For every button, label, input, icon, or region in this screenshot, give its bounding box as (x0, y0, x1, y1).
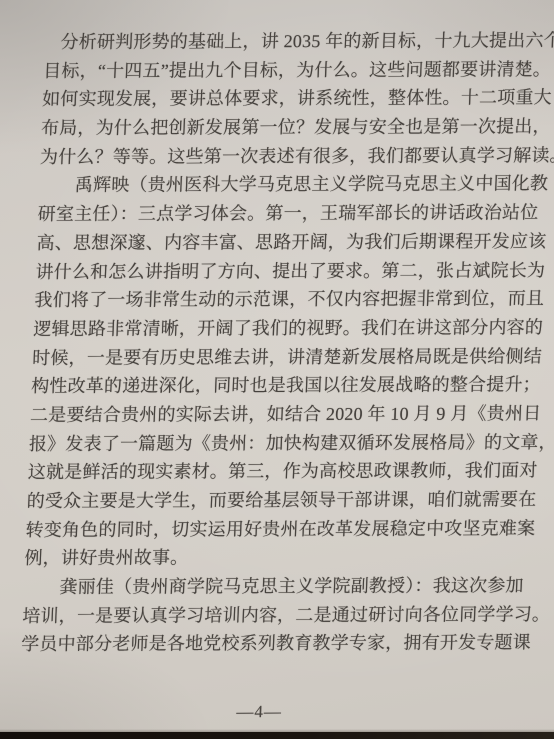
text-line: 如何实现发展，要讲总体要求，讲系统性，整体性。十二项重大 (42, 84, 524, 114)
text-line: 转变角色的同时，切实运用好贵州在改革发展稳定中攻坚克难案 (25, 514, 507, 544)
paragraph: 禹辉映（贵州医科大学马克思主义学院马克思主义中国化教研室主任）：三点学习体会。第… (24, 170, 520, 573)
text-line: 报》发表了一篇题为《贵州：加快构建双循环发展格局》的文章， (28, 428, 510, 458)
text-line: 例，讲好贵州故事。 (24, 543, 506, 573)
photo-bottom-edge (0, 732, 554, 739)
text-line: 构性改革的递进深化，同时也是我国以往发展战略的整合提升； (31, 371, 513, 401)
text-line: 目标，“十四五”提出九个目标，为什么。这些问题都要讲清楚。 (43, 55, 525, 85)
paragraph: 分析研判形势的基础上，讲 2035 年的新目标，十九大提出六个目标，“十四五”提… (39, 26, 526, 171)
text-line: 我们将了一场非常生动的示范课，不仅内容把握非常到位，而且 (34, 285, 516, 315)
text-line: 逻辑思路非常清晰，开阔了我们的视野。我们在讲这部分内容的 (33, 313, 515, 343)
text-line: 二是要结合贵州的实际去讲，如结合 2020 年 10 月 9 月《贵州日 (29, 399, 511, 429)
document-page-photo: 分析研判形势的基础上，讲 2035 年的新目标，十九大提出六个目标，“十四五”提… (0, 0, 554, 739)
text-line: 为什么？等等。这些第一次表述有很多，我们都要认真学习解读。 (39, 141, 521, 171)
text-line: 讲什么和怎么讲指明了方向、提出了要求。第二，张占斌院长为 (35, 256, 517, 286)
text-line: 研室主任）：三点学习体会。第一，王瑞军部长的讲话政治站位 (37, 198, 519, 228)
text-line: 禹辉映（贵州医科大学马克思主义学院马克思主义中国化教 (38, 170, 520, 200)
text-line: 时候，一是要有历史思维去讲，讲清楚新发展格局既是供给侧结 (32, 342, 514, 372)
text-line: 培训，一是要认真学习培训内容，二是通过研讨向各位同学学习。 (22, 600, 504, 630)
text-line: 布局，为什么把创新发展第一位？发展与安全也是第一次提出， (41, 112, 523, 142)
text-line: 这就是鲜活的现实素材。第三，作为高校思政课教师，我们面对 (27, 457, 509, 487)
text-line: 龚丽佳（贵州商学院马克思主义学院副教授）：我这次参加 (23, 571, 505, 601)
paragraph: 龚丽佳（贵州商学院马克思主义学院副教授）：我这次参加培训，一是要认真学习培训内容… (21, 571, 505, 659)
page-text: 分析研判形势的基础上，讲 2035 年的新目标，十九大提出六个目标，“十四五”提… (18, 0, 527, 723)
text-line: 学员中部分老师是各地党校系列教育教学专家，拥有开发专题课 (21, 629, 503, 659)
page-number: —4— (18, 701, 500, 723)
text-line: 的受众主要是大学生，而要给基层领导干部讲课，咱们就需要在 (26, 485, 508, 515)
text-line: 高、思想深邃、内容丰富、思路开阔，为我们后期课程开发应该 (36, 227, 518, 257)
text-line: 分析研判形势的基础上，讲 2035 年的新目标，十九大提出六个 (44, 26, 526, 56)
